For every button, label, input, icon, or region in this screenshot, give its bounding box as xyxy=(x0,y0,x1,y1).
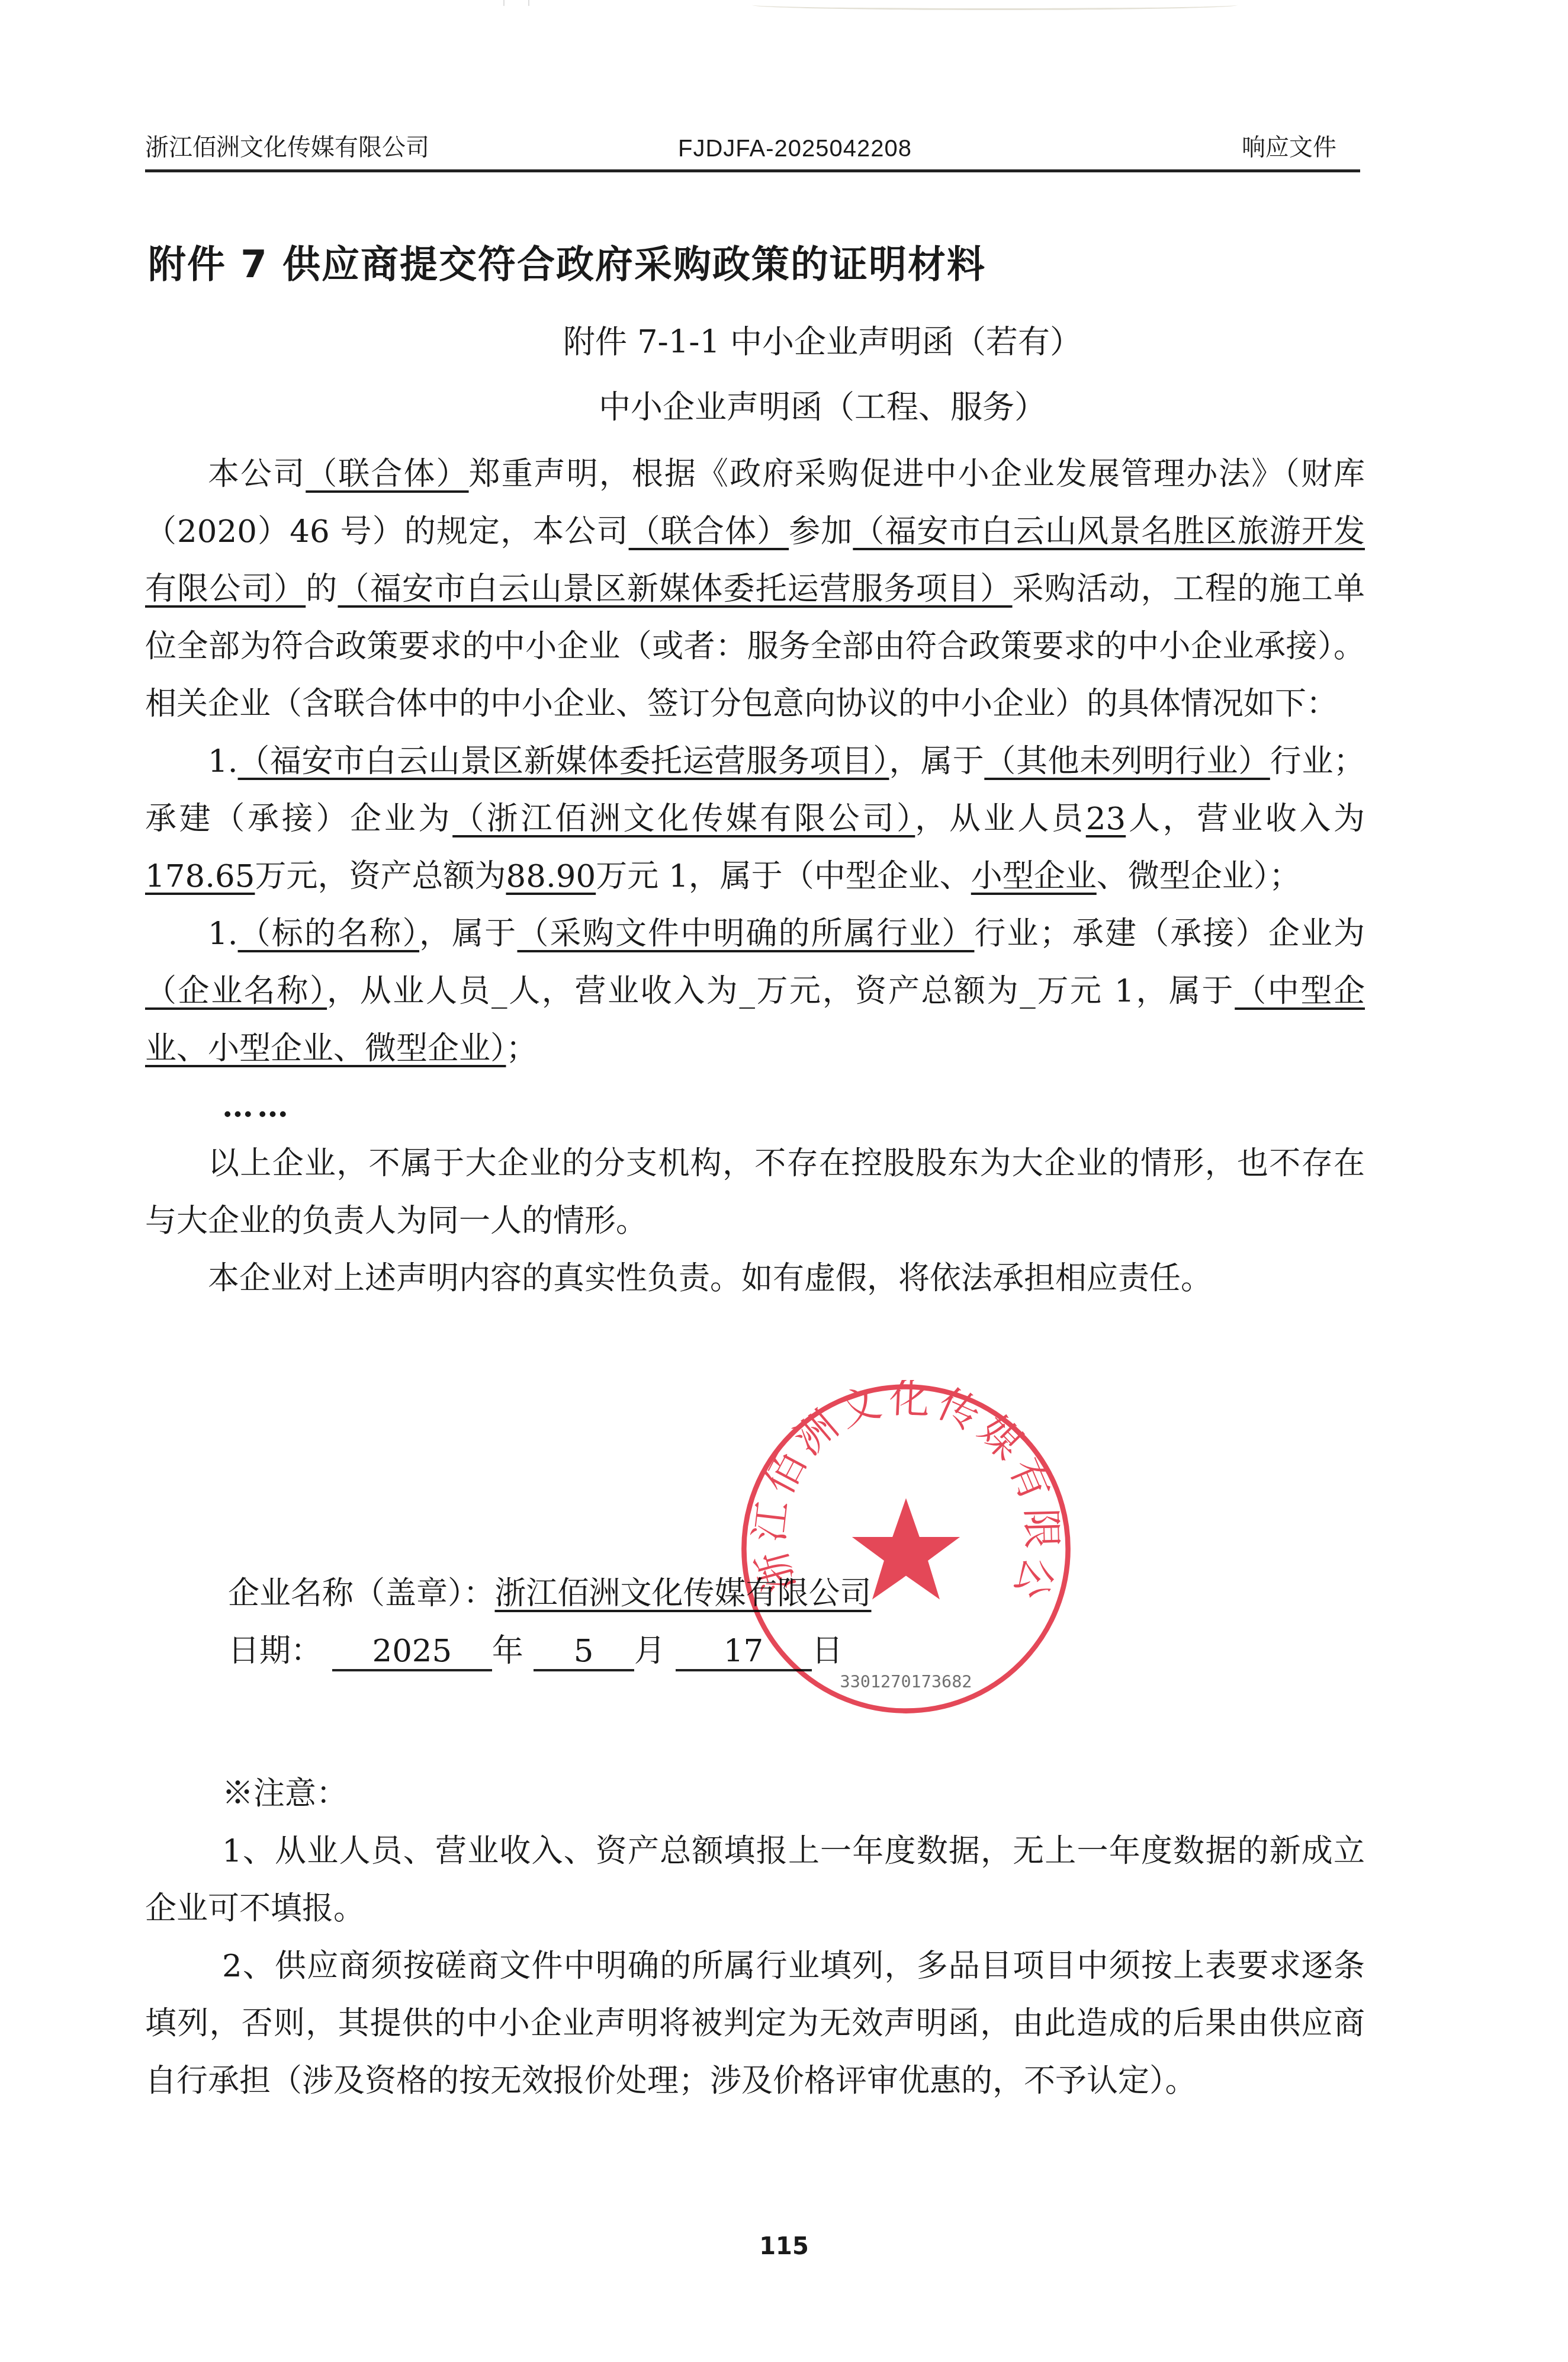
page-number: 115 xyxy=(0,2233,1568,2260)
text: ； xyxy=(506,1031,538,1067)
page-header: 浙江佰洲文化传媒有限公司 FJDJFA-2025042208 响应文件 xyxy=(145,128,1360,172)
text: ，属于 xyxy=(419,916,517,952)
text: 行业；承建（承接）企业为 xyxy=(974,916,1365,952)
date-month: 5 xyxy=(534,1633,634,1671)
text: 本公司 xyxy=(208,456,306,492)
text: 、微型企业）； xyxy=(1097,858,1301,894)
declaration-truthfulness: 本企业对上述声明内容的真实性负责。如有虚假，将依法承担相应责任。 xyxy=(145,1250,1365,1307)
year-unit: 年 xyxy=(492,1633,523,1669)
signature-company: 企业名称（盖章）：浙江佰洲文化传媒有限公司 xyxy=(228,1568,872,1613)
day-unit: 日 xyxy=(812,1633,843,1669)
project-field: （标的名称） xyxy=(238,916,419,952)
enterprise-item-1: 1.（福安市白云山景区新媒体委托运营服务项目），属于（其他未列明行业）行业；承建… xyxy=(145,733,1365,905)
page-title: 附件 7 供应商提交符合政府采购政策的证明材料 xyxy=(148,234,986,288)
stamp-serial: 3301270173682 xyxy=(840,1672,972,1692)
scan-artifact xyxy=(752,0,1238,10)
header-doc-type: 响应文件 xyxy=(1242,129,1336,162)
text: 万元 1，属于（中型企业、 xyxy=(596,858,971,894)
declaration-body: 本公司（联合体）郑重声明，根据《政府采购促进中小企业发展管理办法》（财库（202… xyxy=(145,445,1365,1307)
text: ，从业人员_人，营业收入为_万元，资产总额为_万元 1，属于 xyxy=(327,973,1235,1009)
company-field: （企业名称） xyxy=(145,973,327,1009)
item-number: 1. xyxy=(208,743,238,779)
industry-field: （其他未列明行业） xyxy=(984,743,1270,779)
assets-field: 88.90 xyxy=(506,858,596,894)
industry-field: （采购文件中明确的所属行业） xyxy=(517,916,974,952)
signature-date: 日期： 2025年 5月 17日 xyxy=(228,1626,843,1671)
revenue-field: 178.65 xyxy=(145,858,255,894)
size-field: 小型企业 xyxy=(971,858,1097,894)
note-1: 1、从业人员、营业收入、资产总额填报上一年度数据，无上一年度数据的新成立企业可不… xyxy=(145,1822,1365,1937)
employees-field: 23 xyxy=(1086,801,1126,837)
company-value: 浙江佰洲文化传媒有限公司 xyxy=(495,1575,872,1612)
ellipsis: …… xyxy=(145,1077,1365,1135)
project-field: （福安市白云山景区新媒体委托运营服务项目） xyxy=(238,743,889,779)
filled-field: （联合体） xyxy=(306,456,468,492)
filled-field: （联合体） xyxy=(629,514,789,550)
text: 参加 xyxy=(789,514,853,550)
date-label: 日期： xyxy=(228,1633,322,1669)
text: ，属于 xyxy=(889,743,984,779)
header-doc-code: FJDJFA-2025042208 xyxy=(678,136,912,162)
note-2: 2、供应商须按磋商文件中明确的所属行业填列，多品目项目中须按上表要求逐条填列，否… xyxy=(145,1937,1365,2110)
company-label: 企业名称（盖章）： xyxy=(228,1575,495,1612)
month-unit: 月 xyxy=(634,1633,666,1669)
notes-heading: ※注意： xyxy=(145,1765,1365,1822)
text: 人，营业收入为 xyxy=(1126,801,1365,837)
subtitle-attachment: 附件 7-1-1 中小企业声明函（若有） xyxy=(0,317,1568,362)
header-company: 浙江佰洲文化传媒有限公司 xyxy=(145,129,429,162)
company-field: （浙江佰洲文化传媒有限公司） xyxy=(452,801,915,837)
declaration-not-branch: 以上企业，不属于大企业的分支机构，不存在控股股东为大企业的情形，也不存在与大企业… xyxy=(145,1135,1365,1250)
notes-section: ※注意： 1、从业人员、营业收入、资产总额填报上一年度数据，无上一年度数据的新成… xyxy=(145,1765,1365,2110)
text: 万元，资产总额为 xyxy=(255,858,506,894)
scan-artifact xyxy=(503,0,529,6)
enterprise-item-template: 1.（标的名称），属于（采购文件中明确的所属行业）行业；承建（承接）企业为（企业… xyxy=(145,905,1365,1077)
project-field: （福安市白云山景区新媒体委托运营服务项目） xyxy=(338,571,1012,607)
text: ，从业人员 xyxy=(915,801,1085,837)
subtitle-declaration: 中小企业声明函（工程、服务） xyxy=(0,382,1568,428)
date-day: 17 xyxy=(676,1633,812,1671)
date-year: 2025 xyxy=(332,1633,492,1671)
text: 的 xyxy=(306,571,338,607)
intro-paragraph: 本公司（联合体）郑重声明，根据《政府采购促进中小企业发展管理办法》（财库（202… xyxy=(145,445,1365,733)
item-number: 1. xyxy=(208,916,238,952)
